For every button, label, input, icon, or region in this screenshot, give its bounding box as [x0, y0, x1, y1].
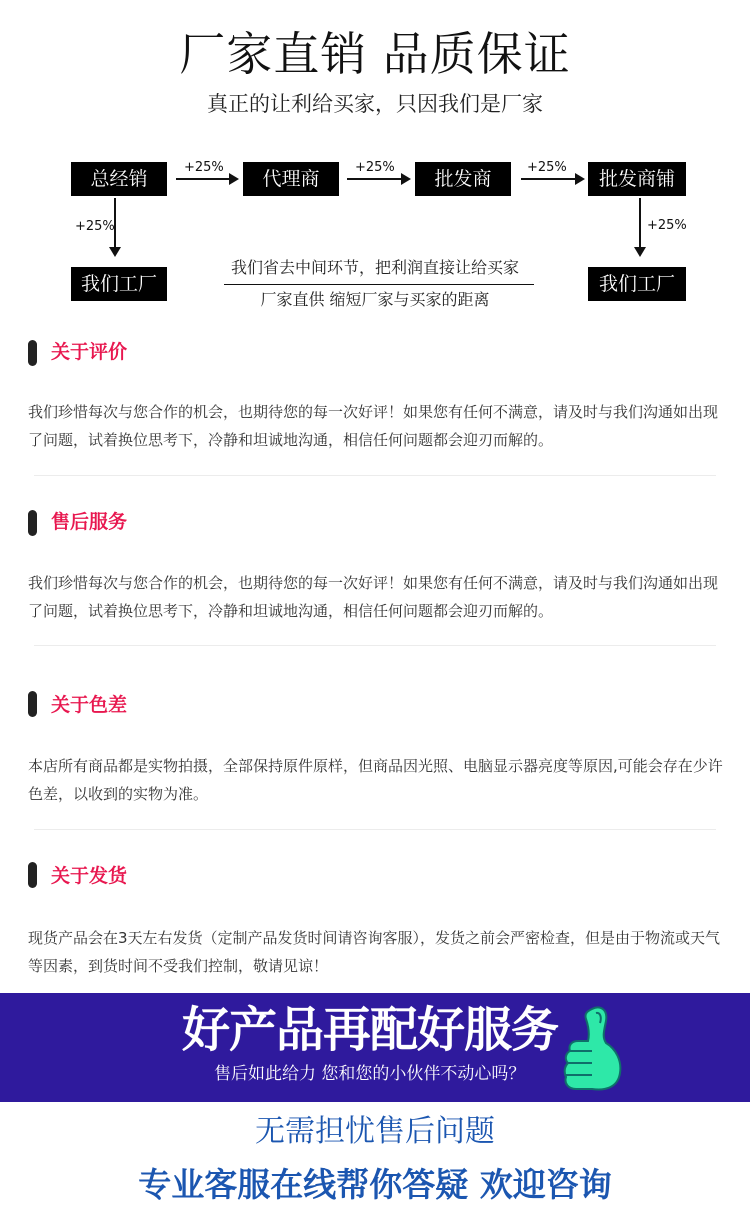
arrow-down-icon — [634, 247, 646, 257]
arrow-line — [176, 178, 230, 180]
flow-caption-top: 我们省去中间环节，把利润直接让给买家 — [200, 257, 550, 279]
markup-label: +25% — [184, 160, 224, 176]
banner-subtitle: 售后如此给力 您和您的小伙伴不动心吗？ — [214, 1062, 525, 1086]
node-our-factory-right: 我们工厂 — [588, 267, 686, 301]
markup-label: +25% — [647, 218, 687, 234]
node-wholesale-shop: 批发商铺 — [588, 162, 686, 196]
page-title: 厂家直销 品质保证 — [0, 28, 750, 80]
arrow-line — [639, 198, 641, 248]
markup-label: +25% — [355, 160, 395, 176]
arrow-right-icon — [575, 173, 585, 185]
section-marker-icon — [28, 340, 37, 366]
arrow-down-icon — [109, 247, 121, 257]
markup-label: +25% — [75, 219, 115, 235]
section-body: 本店所有商品都是实物拍摄，全部保持原件原样，但商品因光照、电脑显示器亮度等原因,… — [28, 752, 728, 808]
section-title: 售后服务 — [51, 509, 127, 535]
section-marker-icon — [28, 862, 37, 888]
node-agent: 代理商 — [243, 162, 339, 196]
cta-line-2: 专业客服在线帮你答疑 欢迎咨询 — [0, 1163, 750, 1207]
section-title: 关于评价 — [51, 339, 127, 365]
section-divider — [34, 829, 716, 830]
flow-caption-bottom: 厂家直供 缩短厂家与买家的距离 — [200, 289, 550, 311]
thumbs-up-icon — [562, 1003, 626, 1093]
section-body: 我们珍惜每次与您合作的机会，也期待您的每一次好评！如果您有任何不满意，请及时与我… — [28, 398, 728, 454]
banner-title: 好产品再配好服务 — [182, 1002, 558, 1058]
arrow-line — [347, 178, 402, 180]
section-title: 关于色差 — [51, 692, 127, 718]
section-divider — [34, 475, 716, 476]
node-wholesaler: 批发商 — [415, 162, 511, 196]
arrow-line — [521, 178, 576, 180]
node-our-factory-left: 我们工厂 — [71, 267, 167, 301]
section-divider — [34, 645, 716, 646]
arrow-right-icon — [229, 173, 239, 185]
section-body: 现货产品会在3天左右发货（定制产品发货时间请咨询客服），发货之前会严密检查，但是… — [28, 924, 728, 980]
section-body: 我们珍惜每次与您合作的机会，也期待您的每一次好评！如果您有任何不满意，请及时与我… — [28, 569, 728, 625]
markup-label: +25% — [527, 160, 567, 176]
page-subtitle: 真正的让利给买家，只因我们是厂家 — [0, 90, 750, 118]
section-marker-icon — [28, 510, 37, 536]
arrow-right-icon — [401, 173, 411, 185]
section-title: 关于发货 — [51, 863, 127, 889]
section-marker-icon — [28, 691, 37, 717]
caption-divider — [224, 284, 534, 285]
node-general-distributor: 总经销 — [71, 162, 167, 196]
cta-line-1: 无需担忧售后问题 — [0, 1112, 750, 1152]
